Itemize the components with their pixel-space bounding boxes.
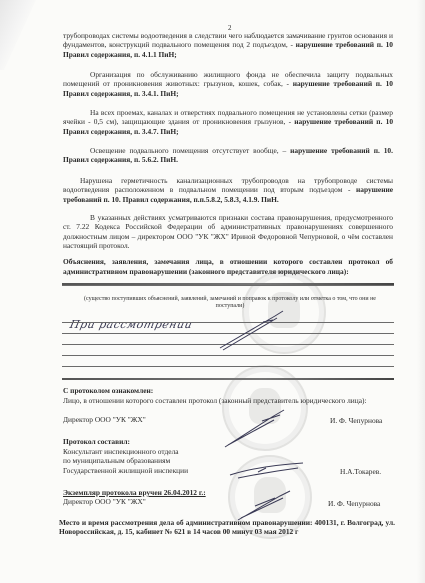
signature-icon: [215, 308, 290, 353]
signature-icon: [228, 460, 308, 480]
handwritten-explanation: При рассмотрении: [69, 318, 194, 331]
paragraph-5: Нарушена герметичность канализационных т…: [63, 176, 393, 204]
acquainted-text: Лицо, в отношении которого составлен про…: [63, 396, 393, 405]
composed-heading: Протокол составил:: [63, 437, 393, 446]
explanation-line-7: [62, 366, 394, 367]
paragraph-4: Освещение подвального помещения отсутств…: [63, 146, 393, 165]
paragraph-2: Организация по обслуживанию жилищного фо…: [63, 70, 393, 98]
explanation-line-6: [62, 355, 394, 356]
hearing-place-time: Место и время рассмотрения дела об админ…: [59, 518, 395, 537]
delivered-heading: Экземпляр протокола вручен 26.04.2012 г.…: [63, 488, 393, 497]
composed-line-1: Консультант инспекционного отдела: [63, 447, 393, 456]
page-edge-shadow: [417, 0, 425, 583]
explanations-heading: Объяснения, заявления, замечания лица, в…: [63, 257, 393, 277]
acquainted-heading: С протоколом ознакомлен:: [63, 386, 393, 395]
paragraph-1: трубопроводах системы водоотведения в сл…: [63, 31, 393, 59]
delivered-name: И. Ф. Чепурнова: [328, 499, 380, 508]
paragraph-3: На всех проемах, каналах и отверстиях по…: [63, 108, 393, 136]
composed-name: Н.А.Токарев.: [340, 467, 381, 476]
document-page: 2 трубопроводах системы водоотведения в …: [0, 0, 425, 583]
explanation-line-8: [62, 378, 394, 380]
paragraph-6: В указанных действиях усматриваются приз…: [63, 213, 393, 251]
acquainted-name: И. Ф. Чепурнова: [330, 416, 382, 425]
page-corner-fold: [0, 0, 36, 70]
explanation-line-2: [62, 285, 394, 286]
